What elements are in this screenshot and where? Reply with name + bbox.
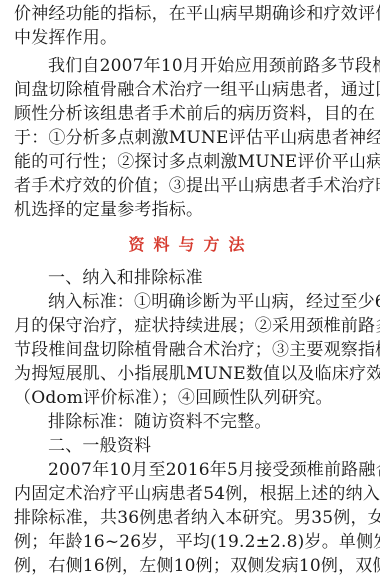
section-heading-materials-methods: 资料与方法 — [14, 228, 368, 262]
text-line: 价神经功能的指标，在平山病早期确诊和疗效评估 — [14, 2, 368, 26]
text-line: 内固定术治疗平山病患者54例，根据上述的纳入和 — [14, 482, 368, 506]
aims-paragraph: 我们自2007年10月开始应用颈前路多节段椎 间盘切除植骨融合术治疗一组平山病患… — [14, 54, 368, 222]
text-line: 为拇短展肌、小指展肌MUNE数值以及临床疗效 — [14, 362, 368, 386]
exclusion-criteria: 排除标准：随访资料不完整。 — [14, 410, 368, 434]
text-line: 中发挥作用。 — [14, 26, 368, 50]
text-line: （Odom评价标准）；④回顾性队列研究。 — [14, 386, 368, 410]
subsection-title-general-data: 二、一般资料 — [14, 434, 368, 458]
text-line: 节段椎间盘切除植骨融合术治疗；③主要观察指标 — [14, 338, 368, 362]
intro-paragraph-tail: 价神经功能的指标，在平山病早期确诊和疗效评估 中发挥作用。 — [14, 2, 368, 50]
text-line: 我们自2007年10月开始应用颈前路多节段椎 — [14, 54, 368, 78]
text-line: 2007年10月至2016年5月接受颈椎前路融合 — [14, 458, 368, 482]
text-line: 者手术疗效的价值；③提出平山病患者手术治疗时 — [14, 174, 368, 198]
text-line: 于：①分析多点刺激MUNE评估平山病患者神经功 — [14, 126, 368, 150]
inclusion-criteria-paragraph: 纳入标准：①明确诊断为平山病，经过至少6个 月的保守治疗，症状持续进展；②采用颈… — [14, 290, 368, 410]
text-line: 例，右侧16例，左侧10例；双侧发病10例，双侧肢体 — [14, 554, 368, 578]
text-line: 月的保守治疗，症状持续进展；②采用颈椎前路多 — [14, 314, 368, 338]
paper-page: 价神经功能的指标，在平山病早期确诊和疗效评估 中发挥作用。 我们自2007年10… — [14, 2, 368, 578]
text-line: 机选择的定量参考指标。 — [14, 198, 368, 222]
text-line: 排除标准，共36例患者纳入本研究。男35例，女1 — [14, 506, 368, 530]
text-line: 顾性分析该组患者手术前后的病历资料，目的在 — [14, 102, 368, 126]
general-data-paragraph: 2007年10月至2016年5月接受颈椎前路融合 内固定术治疗平山病患者54例，… — [14, 458, 368, 578]
text-line: 例；年龄16~26岁，平均(19.2±2.8)岁。单侧发病26 — [14, 530, 368, 554]
text-line: 能的可行性；②探讨多点刺激MUNE评价平山病患 — [14, 150, 368, 174]
text-line: 间盘切除植骨融合术治疗一组平山病患者，通过回 — [14, 78, 368, 102]
text-line: 纳入标准：①明确诊断为平山病，经过至少6个 — [14, 290, 368, 314]
subsection-title-criteria: 一、纳入和排除标准 — [14, 266, 368, 290]
